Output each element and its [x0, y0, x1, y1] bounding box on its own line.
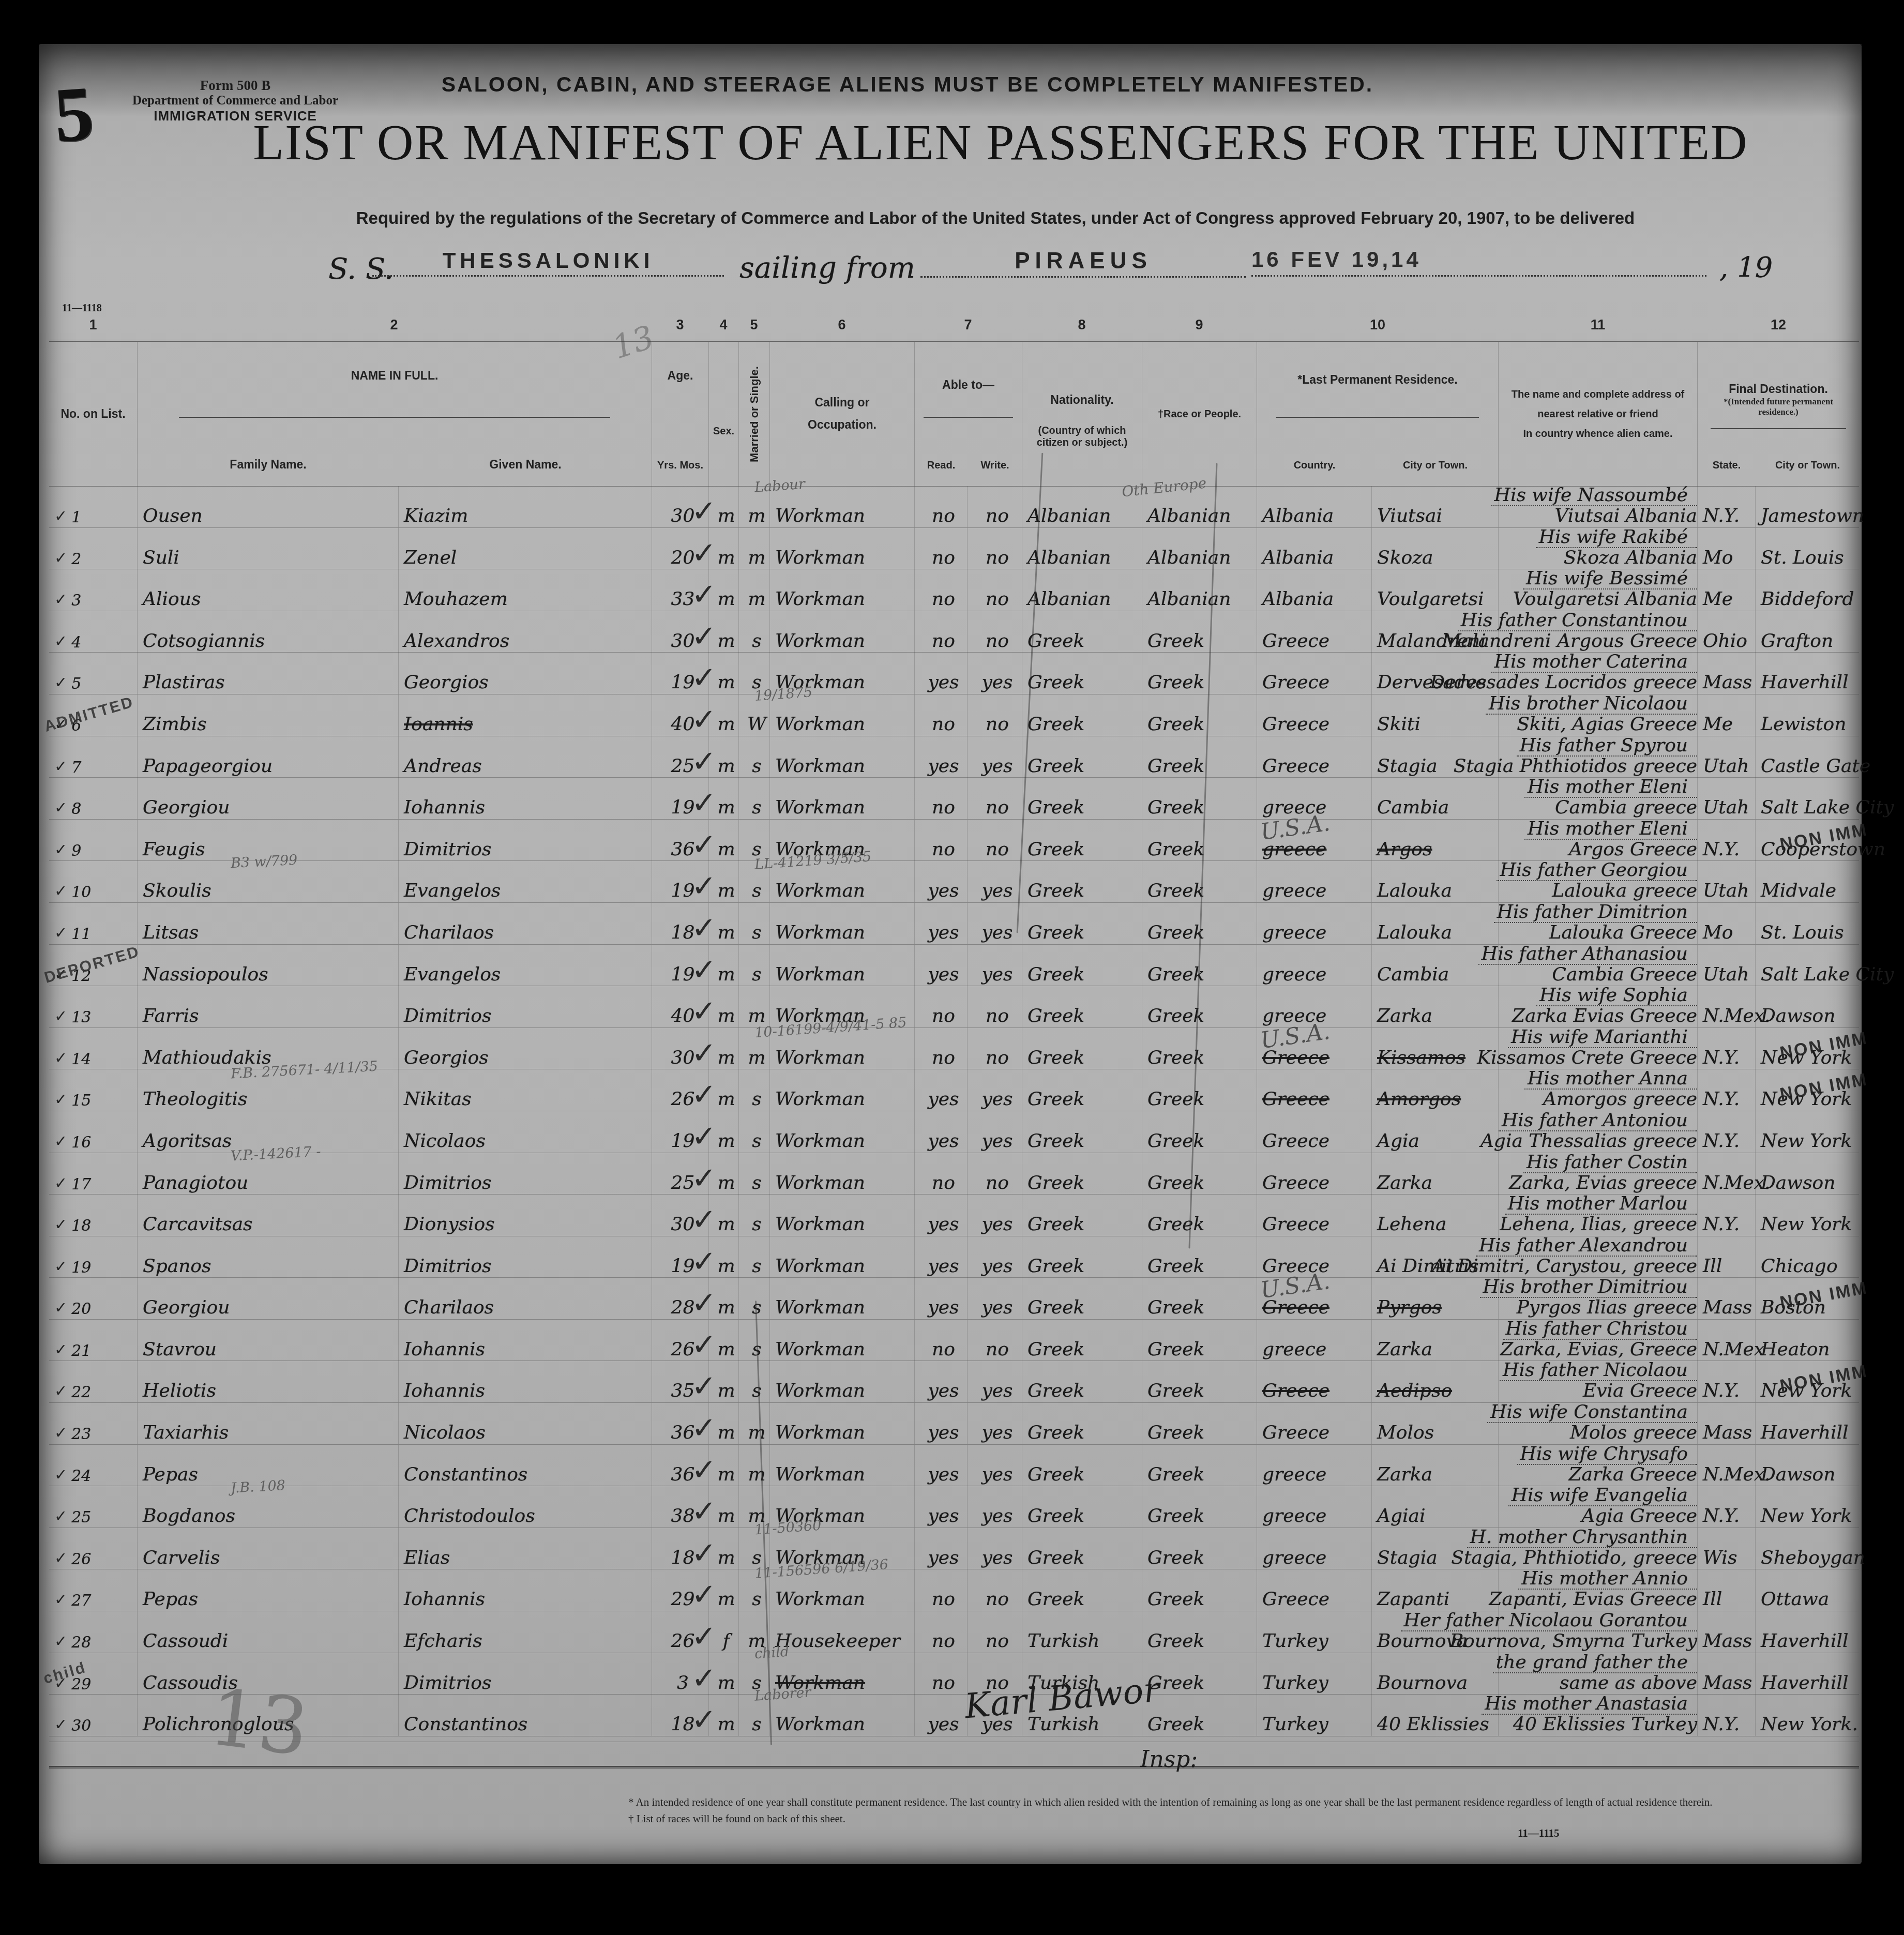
check-icon: ✓ [54, 1632, 67, 1651]
cell-read: no [914, 1320, 967, 1361]
table-row: ✓ 18 Carcavitsas Dionysios 30 ✓ m s Work… [49, 1195, 1859, 1236]
sex: m [717, 1590, 735, 1609]
relative-name: His father Alexandrou [1476, 1236, 1697, 1257]
table-row: ✓ 16 Agoritsas Nicolaos 19 ✓ m s Workman… [49, 1111, 1859, 1153]
table-row: ✓ 15 F.B. 275671- 4/11/35 Theologitis Ni… [49, 1069, 1859, 1111]
cell-read: no [914, 486, 967, 527]
cell-nearest-relative: His father Georgiou Lalouka greece [1498, 861, 1697, 902]
family-name: Papageorgiou [143, 757, 273, 776]
given-name: Dimitrios [404, 1007, 491, 1025]
destination-city: Haverhill [1761, 1674, 1848, 1692]
cell-write: no [967, 986, 1022, 1027]
can-read: yes [928, 1549, 959, 1567]
cell-sex: ✓ m [708, 903, 738, 944]
cell-given-name: Iohannis [398, 1320, 652, 1361]
cell-residence-city: Pyrgos [1371, 1278, 1498, 1319]
relative-address: Zarka, Evias greece [1502, 1174, 1697, 1192]
cell-given-name: Dimitrios [398, 1236, 652, 1278]
cell-nationality: Greek [1022, 1528, 1142, 1569]
cell-given-name: Alexandros [398, 611, 652, 653]
can-read: yes [928, 965, 959, 984]
race-or-people: Greek [1147, 1590, 1204, 1609]
can-write: yes [981, 757, 1013, 776]
cell-no: ✓ 17 [49, 1153, 137, 1195]
nationality: Greek [1027, 1049, 1084, 1067]
cell-residence-city: Zarka [1371, 986, 1498, 1027]
destination-state: Me [1703, 715, 1733, 734]
cell-married-or-single: s [738, 778, 769, 819]
cell-no: ✓ 8 [49, 778, 137, 819]
cell-destination-city: Haverhill [1755, 1653, 1859, 1695]
cell-nearest-relative: Her father Nicolaou Gorantou Bournova, S… [1498, 1611, 1697, 1653]
can-write: no [986, 1590, 1009, 1609]
race-or-people: Albanian [1147, 549, 1231, 567]
given-name: Georgios [404, 673, 489, 692]
relative-address: Pyrgos Ilias greece [1509, 1298, 1697, 1317]
cell-married-or-single: s [738, 1069, 769, 1111]
cell-occupation: Workman [769, 1403, 914, 1444]
manifest-banner: SALOON, CABIN, AND STEERAGE ALIENS MUST … [401, 72, 1414, 97]
check-icon: ✓ [691, 1619, 717, 1654]
residence-city: Stagia [1377, 757, 1438, 776]
relative-address: Argos Greece [1562, 840, 1697, 859]
cell-given-name: Constantinos [398, 1445, 652, 1486]
given-name: Christodoulos [404, 1507, 535, 1525]
cell-family-name: Carcavitsas [137, 1195, 398, 1236]
relative-address: Ai Dimitri, Carystou, greece [1425, 1257, 1697, 1276]
cell-read: yes [914, 903, 967, 944]
cell-no: ✓ 30 [49, 1695, 137, 1736]
cell-occupation: Workman [769, 1111, 914, 1153]
cell-no: ✓ 26 [49, 1528, 137, 1569]
manifest-scan: { "form": { "big_numeral": "5", "form_no… [0, 0, 1904, 1935]
cell-write: no [967, 486, 1022, 527]
cell-nearest-relative: His wife Marianthi Kissamos Crete Greece [1498, 1028, 1697, 1069]
relative-address: Zarka, Evias, Greece [1493, 1340, 1697, 1359]
col-num: 6 [838, 317, 845, 333]
cell-write: yes [967, 1111, 1022, 1153]
cell-family-name: Litsas [137, 903, 398, 944]
header-final-destination: Final Destination. *(Intended future per… [1697, 342, 1859, 486]
cell-residence-city: Zarka [1371, 1445, 1498, 1486]
cell-nearest-relative: His wife Rakibé Skoza Albania [1498, 528, 1697, 569]
can-read: no [932, 1340, 955, 1359]
cell-race: Greek [1142, 694, 1257, 736]
occupation: Workman [775, 757, 865, 776]
cell-nationality: Turkish [1022, 1611, 1142, 1653]
residence-country: Greece [1262, 1132, 1329, 1151]
cell-given-name: Nicolaos [398, 1403, 652, 1444]
destination-state: Mass [1703, 1632, 1752, 1651]
cell-residence-country: Turkey [1257, 1611, 1371, 1653]
cell-sex: ✓ m [708, 1236, 738, 1278]
can-read: no [932, 1674, 955, 1692]
can-read: yes [928, 1424, 959, 1442]
race-or-people: Greek [1147, 882, 1204, 900]
cell-occupation: 19/1875 Workman [769, 694, 914, 736]
relative-address: Voulgaretsi Albania [1506, 590, 1697, 609]
cell-given-name: Ioannis [398, 694, 652, 736]
table-row: ✓ 23 Taxiarhis Nicolaos 36 ✓ m m Workman… [49, 1403, 1859, 1445]
table-row: ✓ 22 Heliotis Iohannis 35 ✓ m s Workman … [49, 1361, 1859, 1403]
cell-given-name: Christodoulos [398, 1486, 652, 1528]
cell-residence-country: Greece [1257, 1195, 1371, 1236]
occupation: Workman [775, 1465, 865, 1484]
cell-sex: ✓ m [708, 1569, 738, 1611]
check-icon: ✓ [691, 744, 717, 779]
table-row: ✓ 11 Litsas Charilaos 18 ✓ m s Workman y… [49, 903, 1859, 945]
check-icon: ✓ [691, 1118, 717, 1154]
given-name: Iohannis [404, 1382, 485, 1400]
cell-race: Oth Europe Albanian [1142, 486, 1257, 527]
occupation: Workman [775, 715, 865, 734]
relative-name: His wife Nassoumbé [1491, 486, 1697, 506]
check-icon: ✓ [54, 924, 67, 942]
check-icon: ✓ [691, 1077, 717, 1112]
check-icon: ✓ [691, 1368, 717, 1403]
cell-race: Greek [1142, 1445, 1257, 1486]
marital-status: s [752, 798, 761, 817]
cell-no: ✓ 12 DEPORTED [49, 945, 137, 986]
cell-sex: ✓ m [708, 1153, 738, 1195]
relative-name: His father Constantinou [1458, 611, 1697, 631]
cell-married-or-single: m [738, 1445, 769, 1486]
residence-country: Albania [1262, 590, 1334, 609]
ruled-line [49, 1742, 1859, 1742]
occupation: Workman [775, 1257, 865, 1276]
can-write: yes [981, 1465, 1013, 1484]
pencil-annotation: J.B. 108 [230, 1478, 285, 1496]
cell-family-name: Stavrou [137, 1320, 398, 1361]
cell-occupation: Workman [769, 778, 914, 819]
destination-state: Mass [1703, 1424, 1752, 1442]
nationality: Greek [1027, 673, 1084, 692]
cell-read: yes [914, 1403, 967, 1444]
table-row: ✓ 29 child Cassoudis Dimitrios 3 ✓ m s c… [49, 1653, 1859, 1695]
cell-read: yes [914, 1445, 967, 1486]
cell-destination-state: Mass [1697, 1278, 1755, 1319]
sex: m [717, 798, 735, 817]
check-icon: ✓ [691, 952, 717, 987]
relative-name: His father Nicolaou [1500, 1361, 1697, 1381]
cell-read: no [914, 778, 967, 819]
cell-residence-country: Greece [1257, 736, 1371, 778]
can-write: no [986, 632, 1009, 651]
cell-residence-country: greece [1257, 1528, 1371, 1569]
relative-name: His brother Dimitriou [1480, 1278, 1697, 1298]
cell-family-name: Suli [137, 528, 398, 569]
family-name: Pepas [143, 1590, 198, 1609]
family-name: Farris [143, 1007, 199, 1025]
check-icon: ✓ [691, 1035, 717, 1070]
cell-read: no [914, 694, 967, 736]
destination-state: Utah [1703, 757, 1749, 776]
cell-write: yes [967, 945, 1022, 986]
occupation: Workman [775, 1340, 865, 1359]
relative-address: Kissamos Crete Greece [1470, 1049, 1697, 1067]
marital-status: s [752, 1590, 761, 1609]
family-name: Litsas [143, 924, 199, 942]
marital-status: m [748, 590, 765, 609]
nationality: Greek [1027, 798, 1084, 817]
cell-no: ✓ 25 [49, 1486, 137, 1528]
family-name: Stavrou [143, 1340, 217, 1359]
cell-nearest-relative: His brother Dimitriou Pyrgos Ilias greec… [1498, 1278, 1697, 1319]
cell-no: ✓ 2 [49, 528, 137, 569]
sex: m [717, 1257, 735, 1276]
cell-married-or-single: m [738, 1403, 769, 1444]
cell-sex: ✓ m [708, 736, 738, 778]
cell-occupation: Laborer Workman [769, 1695, 914, 1736]
cell-sex: ✓ m [708, 528, 738, 569]
header-name-in-full: NAME IN FULL. Family Name. Given Name. [137, 342, 652, 486]
cell-residence-city: Zapanti [1371, 1569, 1498, 1611]
relative-address: Bournova, Smyrna Turkey [1443, 1632, 1697, 1651]
relative-address: same as above [1552, 1674, 1697, 1692]
cell-family-name: Ousen [137, 486, 398, 527]
cell-given-name: Nikitas [398, 1069, 652, 1111]
destination-state: Mass [1703, 673, 1752, 692]
table-header: No. on List. NAME IN FULL. Family Name. … [49, 342, 1859, 487]
residence-city: Stagia [1377, 1549, 1438, 1567]
marital-status: s [752, 1715, 761, 1734]
occupation: Workman [775, 1715, 865, 1734]
family-name: Nassiopoulos [143, 965, 268, 984]
table-row: ✓ 24 Pepas Constantinos 36 ✓ m m Workman… [49, 1445, 1859, 1487]
residence-country: greece [1262, 924, 1326, 942]
cell-read: yes [914, 1111, 967, 1153]
cell-destination-city: Haverhill [1755, 653, 1859, 694]
cell-married-or-single: s [738, 1195, 769, 1236]
cell-no: ✓ 20 [49, 1278, 137, 1319]
check-icon: ✓ [54, 1091, 67, 1109]
race-or-people: Greek [1147, 798, 1204, 817]
race-or-people: Greek [1147, 1215, 1204, 1234]
cell-residence-city: Viutsai [1371, 486, 1498, 527]
occupation: Workman [775, 1132, 865, 1151]
cell-nearest-relative: His brother Nicolaou Skiti, Agias Greece [1498, 694, 1697, 736]
row-number: 10 [71, 885, 91, 900]
cell-destination-state: N.Mex. [1697, 986, 1755, 1027]
cell-sex: ✓ m [708, 1320, 738, 1361]
cell-married-or-single: s [738, 1153, 769, 1195]
cell-destination-city: Haverhill [1755, 1611, 1859, 1653]
residence-city: Aedipso [1377, 1382, 1452, 1400]
residence-city: Lalouka [1377, 924, 1452, 942]
header-age: Age. Yrs. Mos. [652, 342, 708, 486]
relative-name: His mother Caterina [1491, 653, 1697, 673]
cell-read: no [914, 1153, 967, 1195]
cell-residence-city: Zarka [1371, 1320, 1498, 1361]
family-name: Spanos [143, 1257, 211, 1276]
check-icon: ✓ [54, 1591, 67, 1609]
can-read: no [932, 1590, 955, 1609]
can-write: yes [981, 1132, 1013, 1151]
destination-state: Mass [1703, 1298, 1752, 1317]
given-name: Dimitrios [404, 840, 491, 859]
destination-city: Castle Gate [1761, 757, 1870, 776]
table-row: ✓ 12 DEPORTED Nassiopoulos Evangelos 19 … [49, 945, 1859, 987]
cell-nearest-relative: His wife Sophia Zarka Evias Greece [1498, 986, 1697, 1027]
residence-country: Greece [1262, 1382, 1329, 1400]
cell-nationality: Greek [1022, 778, 1142, 819]
check-icon: ✓ [54, 882, 67, 900]
cell-given-name: Constantinos [398, 1695, 652, 1736]
cell-residence-country: greece [1257, 1320, 1371, 1361]
destination-city: Dawson [1761, 1007, 1835, 1025]
cell-no: ✓ 18 [49, 1195, 137, 1236]
cell-occupation: Housekeeper [769, 1611, 914, 1653]
cell-read: yes [914, 653, 967, 694]
can-read: yes [928, 1382, 959, 1400]
cell-residence-country: Greece [1257, 1153, 1371, 1195]
inspector-title: Insp: [1140, 1746, 1198, 1773]
cell-destination-city: New York [1755, 1111, 1859, 1153]
check-icon: ✓ [691, 1327, 717, 1362]
cell-residence-city: 40 Eklissies [1371, 1695, 1498, 1736]
destination-state: Mass [1703, 1674, 1752, 1692]
cell-destination-city: New York. [1755, 1695, 1859, 1736]
row-number: 27 [71, 1593, 91, 1609]
cell-occupation: Workman [769, 528, 914, 569]
can-read: no [932, 1174, 955, 1192]
marital-status: s [752, 1215, 761, 1234]
can-read: no [932, 798, 955, 817]
cell-married-or-single: s [738, 903, 769, 944]
cell-nationality: Greek [1022, 820, 1142, 861]
cell-nationality: Greek [1022, 903, 1142, 944]
cell-destination-city: Castle Gate [1755, 736, 1859, 778]
race-or-people: Greek [1147, 757, 1204, 776]
cell-sex: ✓ m [708, 1069, 738, 1111]
sex: m [717, 1298, 735, 1317]
occupation: Workman [775, 965, 865, 984]
header-last-residence: *Last Permanent Residence. Country. City… [1257, 342, 1498, 486]
col-num: 10 [1370, 317, 1385, 333]
destination-city: Salt Lake City [1761, 798, 1894, 817]
family-name: Heliotis [143, 1382, 216, 1400]
cell-destination-state: Mo [1697, 528, 1755, 569]
destination-city: Jamestown [1761, 507, 1864, 525]
cell-occupation: Workman [769, 1320, 914, 1361]
cell-occupation: Workman [769, 569, 914, 611]
destination-state: N.Y. [1703, 1382, 1740, 1400]
cell-no: ✓ 24 [49, 1445, 137, 1486]
cell-destination-city: New York NON IMM [1755, 1028, 1859, 1069]
cell-residence-city: Lalouka [1371, 861, 1498, 902]
check-icon: ✓ [54, 758, 67, 776]
sex: m [717, 757, 735, 776]
can-write: yes [981, 1507, 1013, 1525]
sailing-line: S. S. THESSALONIKI sailing from PIRAEUS … [39, 248, 1862, 295]
check-icon: ✓ [54, 799, 67, 817]
check-icon: ✓ [54, 549, 67, 567]
table-row: ✓ 25 J.B. 108 Bogdanos Christodoulos 38 … [49, 1486, 1859, 1528]
relative-name: His wife Evangelia [1508, 1486, 1697, 1506]
residence-country: Turkey [1262, 1632, 1328, 1651]
occupation: Workman [775, 1090, 865, 1109]
family-name: Skoulis [143, 882, 211, 900]
residence-country: Turkey [1262, 1715, 1328, 1734]
can-read: no [932, 840, 955, 859]
table-bottom-rule [49, 1766, 1859, 1768]
destination-city: Dawson [1761, 1465, 1835, 1484]
nationality: Greek [1027, 632, 1084, 651]
cell-occupation: Workman [769, 1153, 914, 1195]
destination-city: Midvale [1761, 882, 1836, 900]
sex: m [717, 507, 735, 525]
can-write: no [986, 840, 1009, 859]
cell-race: Greek [1142, 1611, 1257, 1653]
nationality: Greek [1027, 1215, 1084, 1234]
cell-sex: ✓ m [708, 778, 738, 819]
occupation: Workman [775, 924, 865, 942]
row-number: 7 [71, 760, 81, 776]
cell-read: no [914, 1569, 967, 1611]
cell-given-name: Iohannis [398, 1361, 652, 1402]
cell-read: yes [914, 1069, 967, 1111]
cell-family-name: Carvelis [137, 1528, 398, 1569]
cell-destination-state: N.Y. [1697, 1195, 1755, 1236]
can-write: no [986, 798, 1009, 817]
table-row: ✓ 4 Cotsogiannis Alexandros 30 ✓ m s Wor… [49, 611, 1859, 653]
destination-city: Haverhill [1761, 1632, 1848, 1651]
cell-nationality: Greek [1022, 1486, 1142, 1528]
marital-status: s [752, 757, 761, 776]
cell-nationality: Greek [1022, 736, 1142, 778]
cell-nationality: Greek [1022, 1445, 1142, 1486]
destination-city: Haverhill [1761, 673, 1848, 692]
check-icon: ✓ [54, 1174, 67, 1192]
can-write: no [986, 715, 1009, 734]
relative-address: Skiti, Agias Greece [1509, 715, 1697, 734]
row-number: 2 [71, 552, 81, 567]
cell-write: yes [967, 903, 1022, 944]
header-able-to: Able to— Read. Write. [914, 342, 1022, 486]
cell-destination-city: New York [1755, 1486, 1859, 1528]
cell-occupation: Labour Workman [769, 486, 914, 527]
destination-city: Chicago [1761, 1257, 1838, 1276]
family-name: Carcavitsas [143, 1215, 253, 1234]
race-or-people: Albanian [1147, 507, 1231, 525]
header-race: †Race or People. [1142, 342, 1257, 486]
cell-no: ✓ 27 [49, 1569, 137, 1611]
cell-write: no [967, 528, 1022, 569]
cell-residence-country: Greece [1257, 1361, 1371, 1402]
cell-occupation: Workman [769, 736, 914, 778]
cell-destination-city: Dawson [1755, 1153, 1859, 1195]
given-name: Ioannis [404, 715, 473, 734]
can-write: yes [981, 673, 1013, 692]
given-name: Nicolaos [404, 1424, 486, 1442]
residence-city: Molos [1377, 1424, 1434, 1442]
given-name: Andreas [404, 757, 482, 776]
cell-sex: ✓ m [708, 945, 738, 986]
pencil-13-bottom: 13 [204, 1672, 313, 1774]
residence-city: Viutsai [1377, 507, 1442, 525]
row-number: 9 [71, 843, 81, 859]
cell-read: yes [914, 1361, 967, 1402]
cell-occupation: Workman [769, 1195, 914, 1236]
table-row: ✓ 10 B3 w/799 Skoulis Evangelos 19 ✓ m s… [49, 861, 1859, 903]
cell-race: Greek [1142, 1195, 1257, 1236]
cell-race: Greek [1142, 736, 1257, 778]
nationality: Greek [1027, 965, 1084, 984]
family-name: Suli [143, 549, 179, 567]
cell-nearest-relative: His father Constantinou Malandreni Argou… [1498, 611, 1697, 653]
cell-occupation: 10-16199-4/9/41-5 85 Workman [769, 1028, 914, 1069]
relative-address: Agia Thessalias greece [1473, 1132, 1697, 1151]
